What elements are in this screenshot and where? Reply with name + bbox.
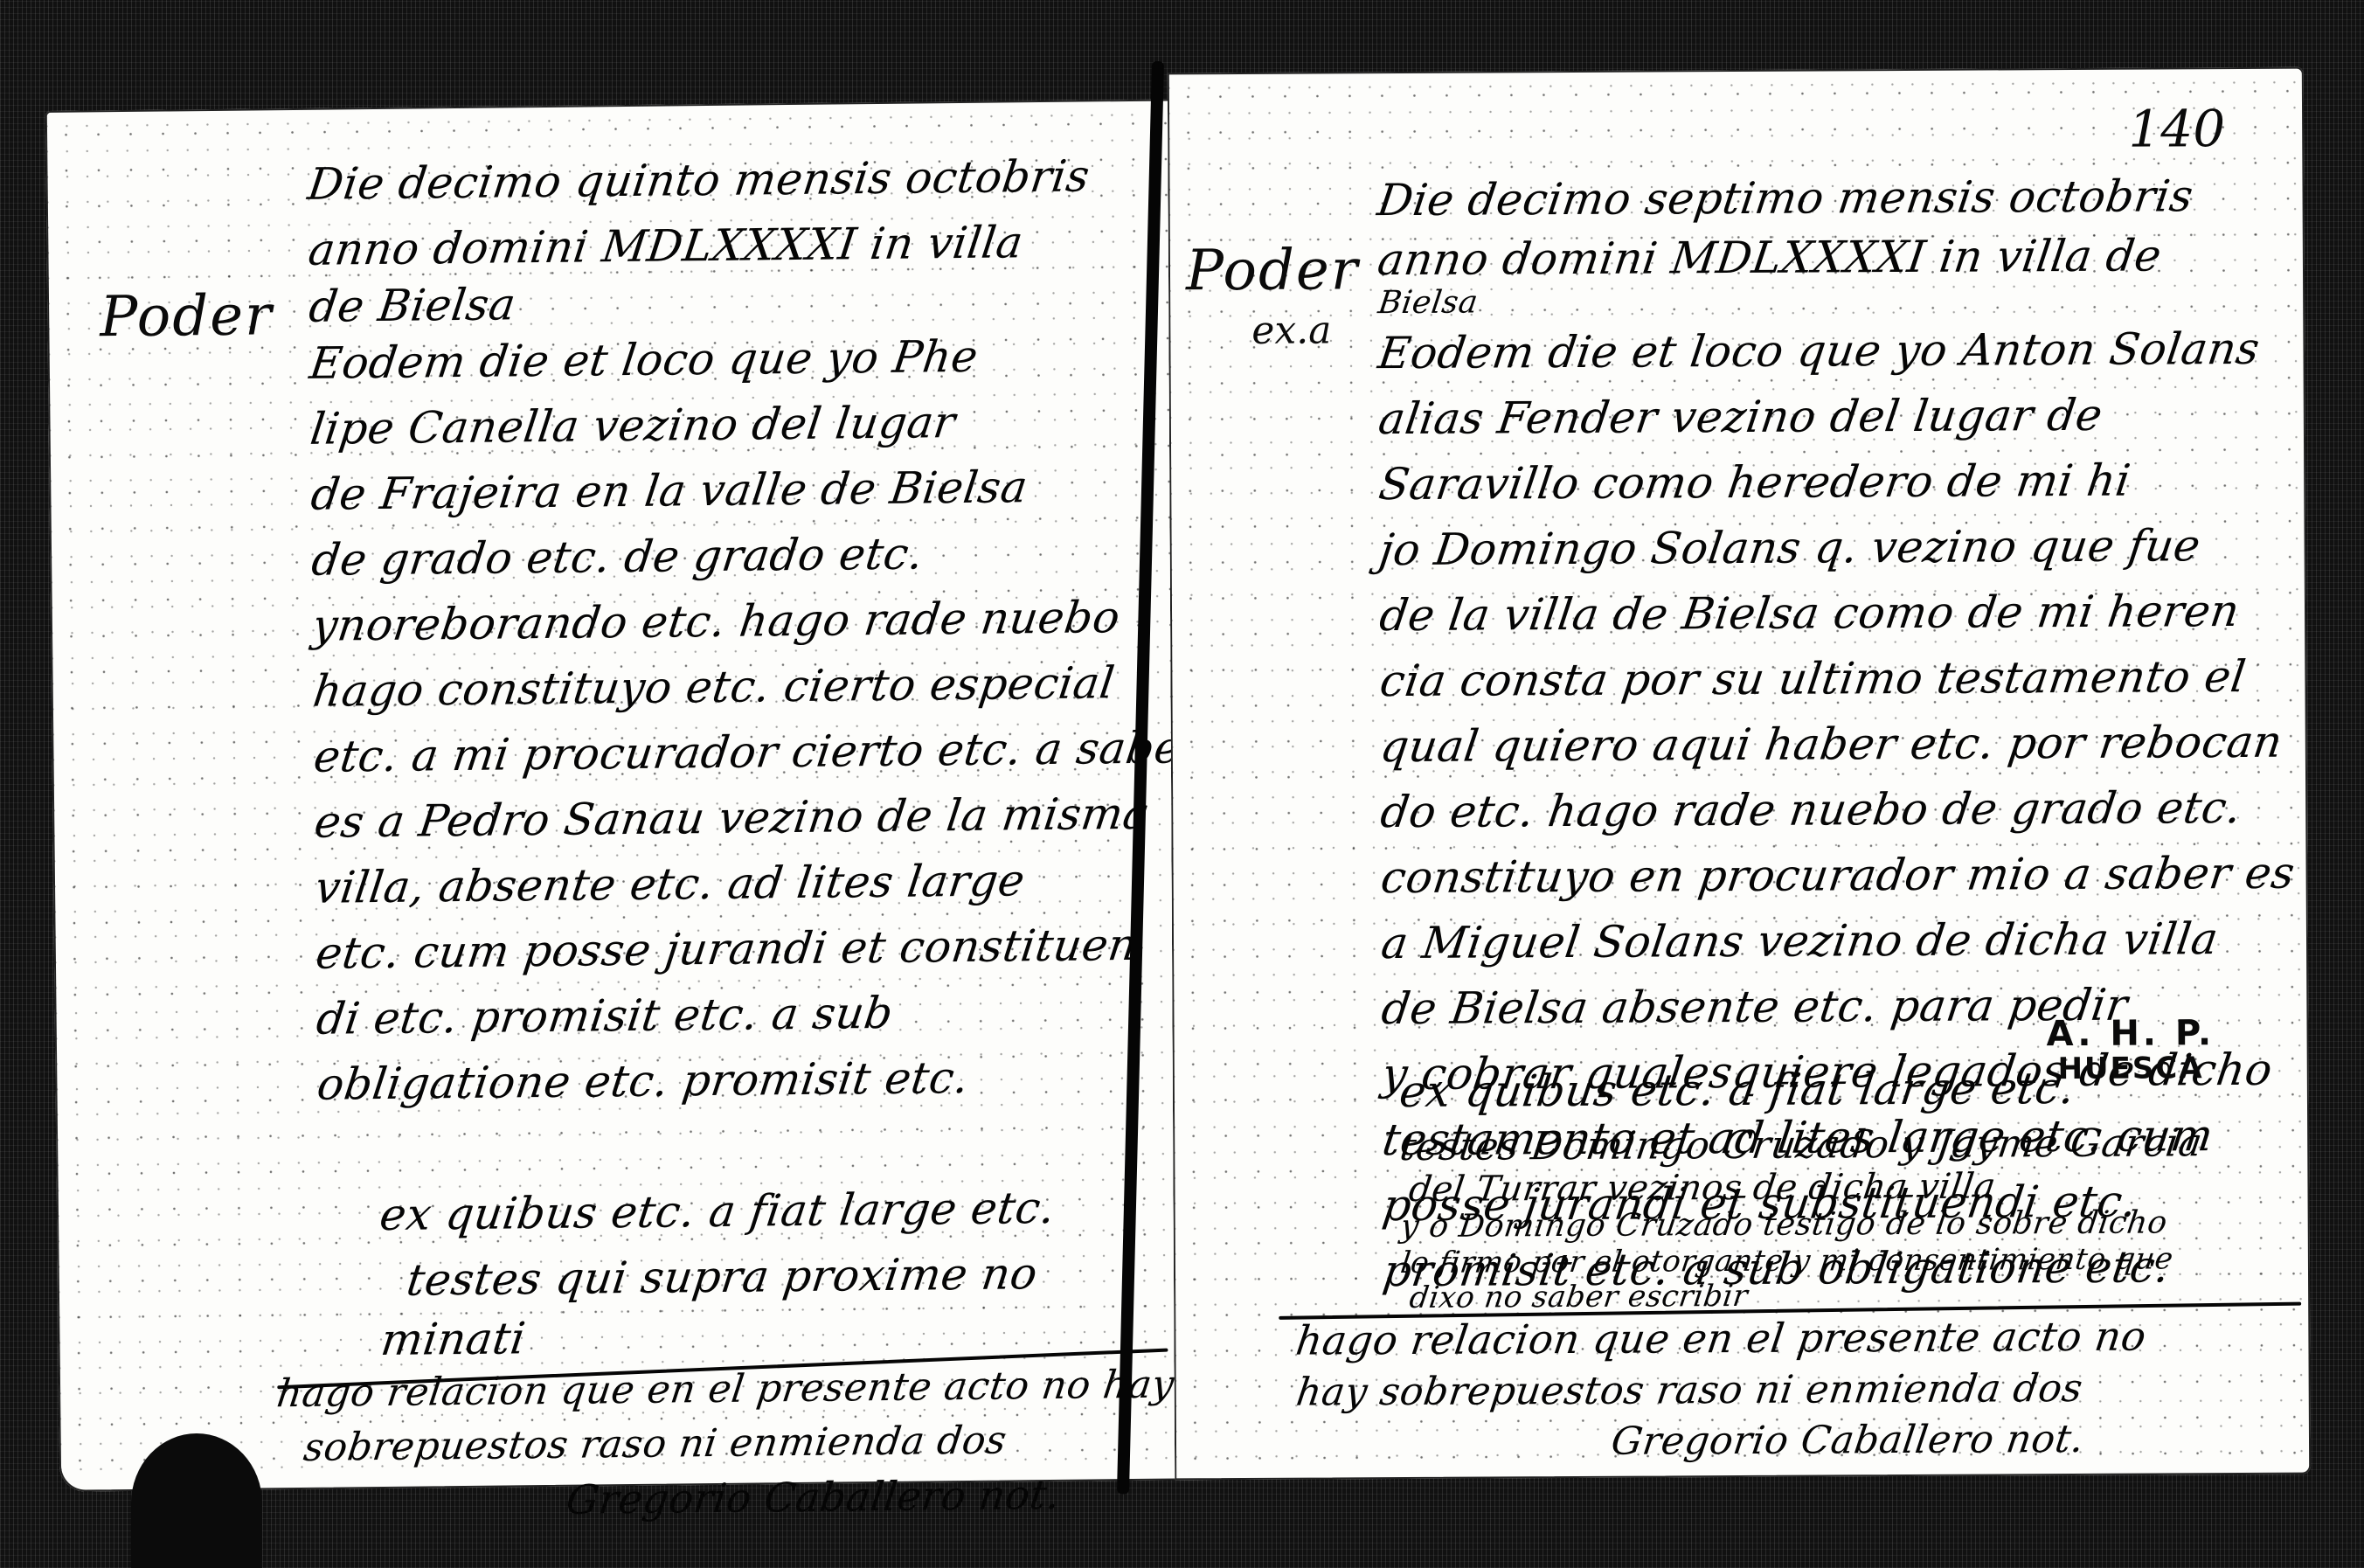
text-line: hay sobrepuestos raso ni enmienda dos	[1293, 1363, 2150, 1419]
text-line: sobrepuestos raso ni enmienda dos	[274, 1412, 1178, 1475]
stamp-line-1: A. H. P.	[2046, 1016, 2215, 1051]
text-line: de grado etc. de grado etc.	[308, 518, 1204, 593]
right-notary-note: hago relacion que en el presente acto no…	[1296, 1309, 2146, 1469]
text-line: jo Domingo Solans q. vezino que fue	[1376, 513, 2298, 584]
text-line: ex quibus etc. a fiat large etc.	[1396, 1055, 2207, 1125]
text-line: Die decimo septimo mensis octobris	[1373, 163, 2295, 234]
text-line: hago relacion que en el presente acto no	[1293, 1309, 2150, 1368]
left-page: Poder Die decimo quinto mensis octobris …	[45, 99, 1213, 1492]
left-notary-note: hago relacion que en el presente acto no…	[277, 1358, 1175, 1530]
text-line: Eodem die et loco que yo Anton Solans	[1374, 316, 2296, 387]
text-line: constituyo en procurador mio a saber es	[1377, 841, 2299, 912]
text-line: testes qui supra proxime no	[377, 1241, 1060, 1314]
text-line: qual quiero aqui haber etc. por rebocan	[1376, 710, 2298, 781]
right-page: 140 Poder ex.a Die decimo septimo mensis…	[1168, 67, 2311, 1481]
text-line: ex quibus etc. a fiat large etc.	[376, 1176, 1059, 1248]
notary-signature: Gregorio Caballero not.	[274, 1466, 1178, 1530]
text-line: y o Domingo Cruzado testigo de lo sobre …	[1398, 1204, 2205, 1245]
text-line: hago constituyo etc. cierto especial	[309, 649, 1206, 725]
text-line: a Miguel Solans vezino de dicha villa	[1377, 906, 2299, 977]
text-line: ynoreborando etc. hago rade nuebo	[308, 584, 1205, 659]
text-line: alias Fender vezino del lugar de	[1375, 382, 2297, 453]
right-margin-label: Poder	[1186, 238, 1360, 303]
text-line: lo firmo por el otorgante y mi consentim…	[1398, 1241, 2205, 1280]
text-line: Saravillo como heredero de mi hi	[1375, 448, 2297, 518]
text-line: de la villa de Bielsa como de mi heren	[1376, 579, 2298, 649]
text-line: Die decimo quinto mensis octobris	[304, 142, 1201, 218]
text-line: testes Domingo Cruzado y Jayme Garcia	[1397, 1120, 2205, 1170]
left-page-closing: ex quibus etc. a fiat large etc. testes …	[380, 1176, 1057, 1366]
right-margin-sub: ex.a	[1251, 308, 1331, 352]
text-line: etc. a mi procurador cierto etc. a saber	[310, 715, 1207, 790]
text-line: lipe Canella vezino del lugar	[307, 387, 1203, 462]
text-line: do etc. hago rade nuebo de grado etc.	[1376, 775, 2298, 846]
text-line: del Turrar vezinos de dicha villa	[1398, 1166, 2205, 1209]
text-line: etc. cum posse jurandi et constituen	[312, 912, 1209, 987]
text-line: es a Pedro Sanau vezino de la misma	[310, 781, 1207, 856]
text-line: de Frajeira en la valle de Bielsa	[308, 453, 1204, 528]
text-line: Bielsa	[1376, 281, 2293, 321]
text-line: anno domini MDLXXXXI in villa	[305, 208, 1202, 283]
text-line: villa, absente etc. ad lites large	[311, 846, 1208, 921]
text-line: obligatione etc. promisit etc.	[314, 1043, 1210, 1118]
right-page-closing: ex quibus etc. a fiat large etc. testes …	[1400, 1055, 2203, 1315]
page-damage	[131, 1433, 262, 1568]
left-margin-label: Poder	[100, 283, 274, 350]
left-page-body: Die decimo quinto mensis octobris anno d…	[308, 142, 1206, 1118]
notary-signature: Gregorio Caballero not.	[1293, 1414, 2150, 1469]
text-line: anno domini MDLXXXXI in villa de	[1375, 229, 2295, 287]
text-line: hago relacion que en el presente acto no…	[274, 1357, 1177, 1421]
folio-number: 140	[2128, 99, 2225, 159]
text-line: Eodem die et loco que yo Phe	[306, 322, 1203, 397]
text-line: cia consta por su ultimo testamento el	[1376, 644, 2298, 715]
text-line: di etc. promisit etc. a sub	[313, 977, 1210, 1052]
